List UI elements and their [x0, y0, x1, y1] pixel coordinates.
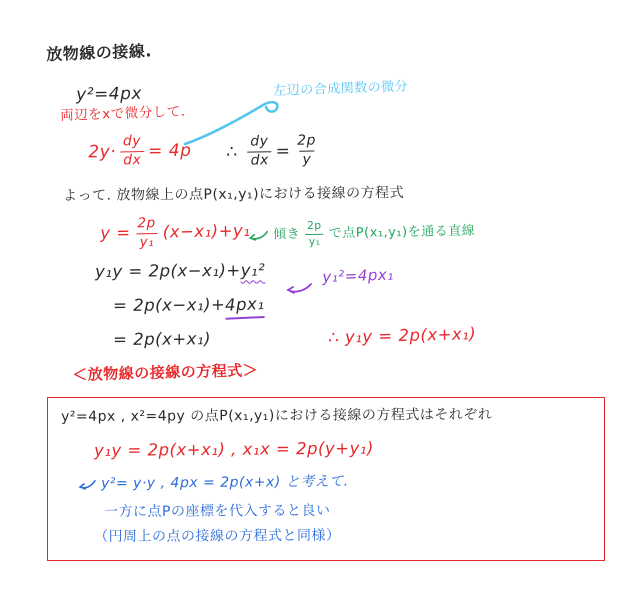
summary-hint-circle-analogy: （円周上の点の接線の方程式と同様） — [94, 528, 341, 547]
fraction-dy-dx: dydx — [247, 135, 272, 168]
note-slope-point: 傾き2py₁で点P(x₁,y₁)を通る直線 — [248, 218, 475, 248]
fraction-2p-y1: 2py₁ — [134, 217, 159, 249]
equation-result: ∴ y₁y = 2p(x+x₁) — [328, 324, 477, 348]
summary-line-cases: y²=4px , x²=4py の点P(x₁,y₁)における接線の方程式はそれぞ… — [61, 407, 492, 427]
equation-expand-1: y₁y = 2p(x−x₁)+y₁² — [95, 261, 265, 283]
note-page: 放物線の接線. y²=4px 両辺をxで微分して. 左辺の合成関数の微分 2y·… — [0, 0, 640, 611]
fraction-numerator: 2p — [134, 217, 158, 233]
note-chain-rule: 左辺の合成関数の微分 — [273, 79, 409, 100]
fraction-numerator: 2p — [294, 134, 319, 150]
fraction-denominator: y₁ — [136, 233, 157, 250]
fraction-numerator: 2p — [304, 221, 325, 234]
eq2-suffix: = 4p — [148, 141, 192, 162]
note-substitution: y₁²=4px₁ — [322, 266, 394, 287]
fraction-denominator: y₁ — [306, 233, 324, 247]
equation-tangent-line: y =2py₁(x−x₁)+y₁ — [100, 215, 251, 250]
therefore-symbol: ∴ — [226, 142, 238, 162]
summary-hint-split-text: y²= y·y , 4px = 2p(x+x) と考えて. — [101, 474, 349, 492]
fraction-denominator: y — [299, 150, 314, 167]
fraction-2p-y1: 2py₁ — [304, 221, 325, 248]
slope-note-suffix: で点P(x₁,y₁)を通る直線 — [329, 224, 476, 242]
slope-note-prefix: 傾き — [273, 227, 300, 242]
equation-slope: ∴ dydx=2py — [226, 134, 323, 169]
equation-parabola: y²=4px — [76, 84, 142, 106]
fraction-numerator: dy — [247, 135, 271, 151]
page-title: 放物線の接線. — [46, 41, 152, 65]
equation-expand-3: = 2p(x+x₁) — [113, 329, 211, 350]
expand1-substituted-term: y₁² — [241, 261, 266, 280]
fraction-denominator: dx — [248, 151, 272, 168]
expand1-lhs: y₁y = 2p(x−x₁)+ — [95, 261, 241, 281]
expand2-substituted-term: 4px₁ — [225, 294, 265, 319]
summary-box-heading: ＜放物線の接線の方程式＞ — [72, 361, 258, 385]
fraction-2p-y: 2py — [294, 134, 319, 167]
equals-sign: = — [275, 141, 290, 161]
fraction-numerator: dy — [120, 135, 144, 151]
tangent-suffix: (x−x₁)+y₁ — [163, 221, 251, 242]
tangent-intro-text: よって. 放物線上の点P(x₁,y₁)における接線の方程式 — [63, 185, 404, 205]
fraction-dy-dx: dydx — [120, 135, 145, 168]
curl-arrow-icon — [248, 229, 268, 240]
summary-hint-substitute: 一方に点Pの座標を代入すると良い — [104, 503, 331, 522]
curl-arrow-icon — [78, 478, 96, 489]
tangent-prefix: y = — [100, 223, 131, 243]
fraction-denominator: dx — [120, 151, 144, 168]
summary-box: y²=4px , x²=4py の点P(x₁,y₁)における接線の方程式はそれぞ… — [47, 397, 605, 561]
expand2-lhs: = 2p(x−x₁)+ — [113, 295, 225, 315]
summary-tangent-formulas: y₁y = 2p(x+x₁) , x₁x = 2p(y+y₁) — [94, 439, 374, 462]
equation-expand-2: = 2p(x−x₁)+4px₁ — [113, 295, 265, 320]
summary-hint-split: y²= y·y , 4px = 2p(x+x) と考えて. — [78, 474, 349, 494]
note-differentiate: 両辺をxで微分して. — [60, 104, 186, 125]
eq2-prefix: 2y· — [88, 142, 116, 162]
equation-differentiated: 2y·dydx= 4p — [88, 134, 192, 169]
curl-arrow-icon — [286, 282, 312, 294]
